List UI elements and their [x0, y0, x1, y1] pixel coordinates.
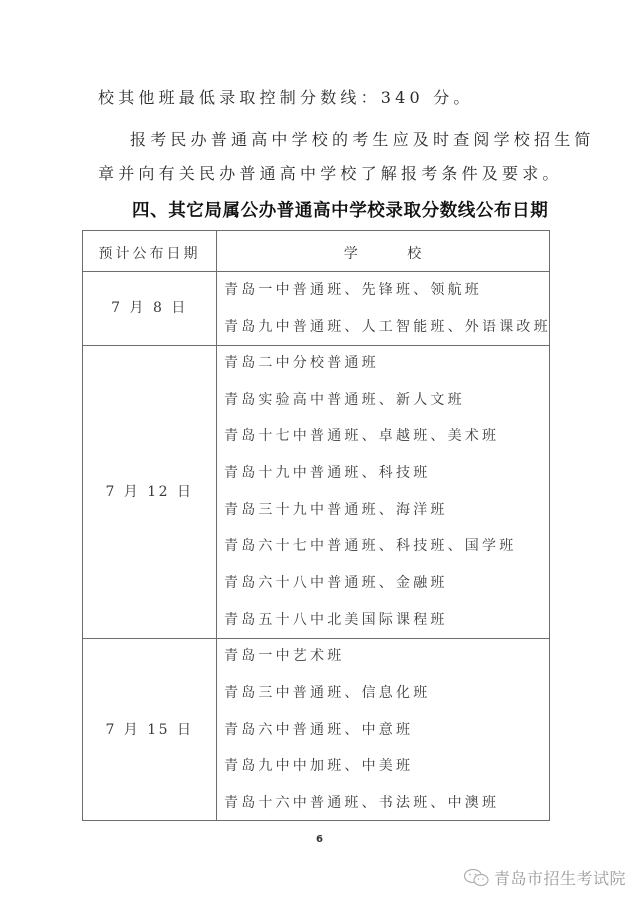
row-divider	[83, 345, 549, 346]
header-date: 预计公布日期	[83, 243, 216, 263]
school-item: 青岛三十九中普通班、海洋班	[224, 499, 448, 519]
school-item: 青岛十七中普通班、卓越班、美术班	[224, 425, 499, 445]
school-item: 青岛三中普通班、信息化班	[224, 682, 430, 702]
column-divider	[216, 231, 217, 820]
page-number: 6	[316, 834, 323, 845]
watermark: 青岛市招生考试院	[463, 866, 626, 889]
row-date: 7 月 8 日	[83, 297, 216, 317]
schedule-table: 预计公布日期 学 校 7 月 8 日 青岛一中普通班、先锋班、领航班 青岛九中普…	[82, 230, 550, 821]
school-item: 青岛一中普通班、先锋班、领航班	[224, 279, 482, 299]
watermark-text: 青岛市招生考试院	[494, 866, 626, 889]
paragraph-score-line: 校其他班最低录取控制分数线：340 分。	[98, 88, 474, 108]
school-item: 青岛九中中加班、中美班	[224, 755, 413, 775]
paragraph-private-school-2: 章并向有关民办普通高中学校了解报考条件及要求。	[98, 164, 563, 184]
paragraph-private-school-1: 报考民办普通高中学校的考生应及时查阅学校招生简	[130, 130, 595, 150]
row-date: 7 月 15 日	[83, 719, 216, 739]
school-item: 青岛六十七中普通班、科技班、国学班	[224, 535, 516, 555]
school-item: 青岛六十八中普通班、金融班	[224, 572, 448, 592]
school-item: 青岛五十八中北美国际课程班	[224, 609, 448, 629]
row-divider	[83, 638, 549, 639]
school-item: 青岛十九中普通班、科技班	[224, 462, 430, 482]
school-item: 青岛一中艺术班	[224, 645, 344, 665]
row-date: 7 月 12 日	[83, 481, 216, 501]
school-item: 青岛六中普通班、中意班	[224, 719, 413, 739]
school-item: 青岛实验高中普通班、新人文班	[224, 389, 465, 409]
school-item: 青岛十六中普通班、书法班、中澳班	[224, 792, 499, 812]
wechat-icon	[463, 868, 491, 888]
section-heading: 四、其它局属公办普通高中学校录取分数线公布日期	[132, 197, 548, 222]
school-item: 青岛九中普通班、人工智能班、外语课改班	[224, 316, 551, 336]
header-school: 学 校	[216, 243, 549, 263]
school-item: 青岛二中分校普通班	[224, 352, 379, 372]
row-divider	[83, 271, 549, 272]
